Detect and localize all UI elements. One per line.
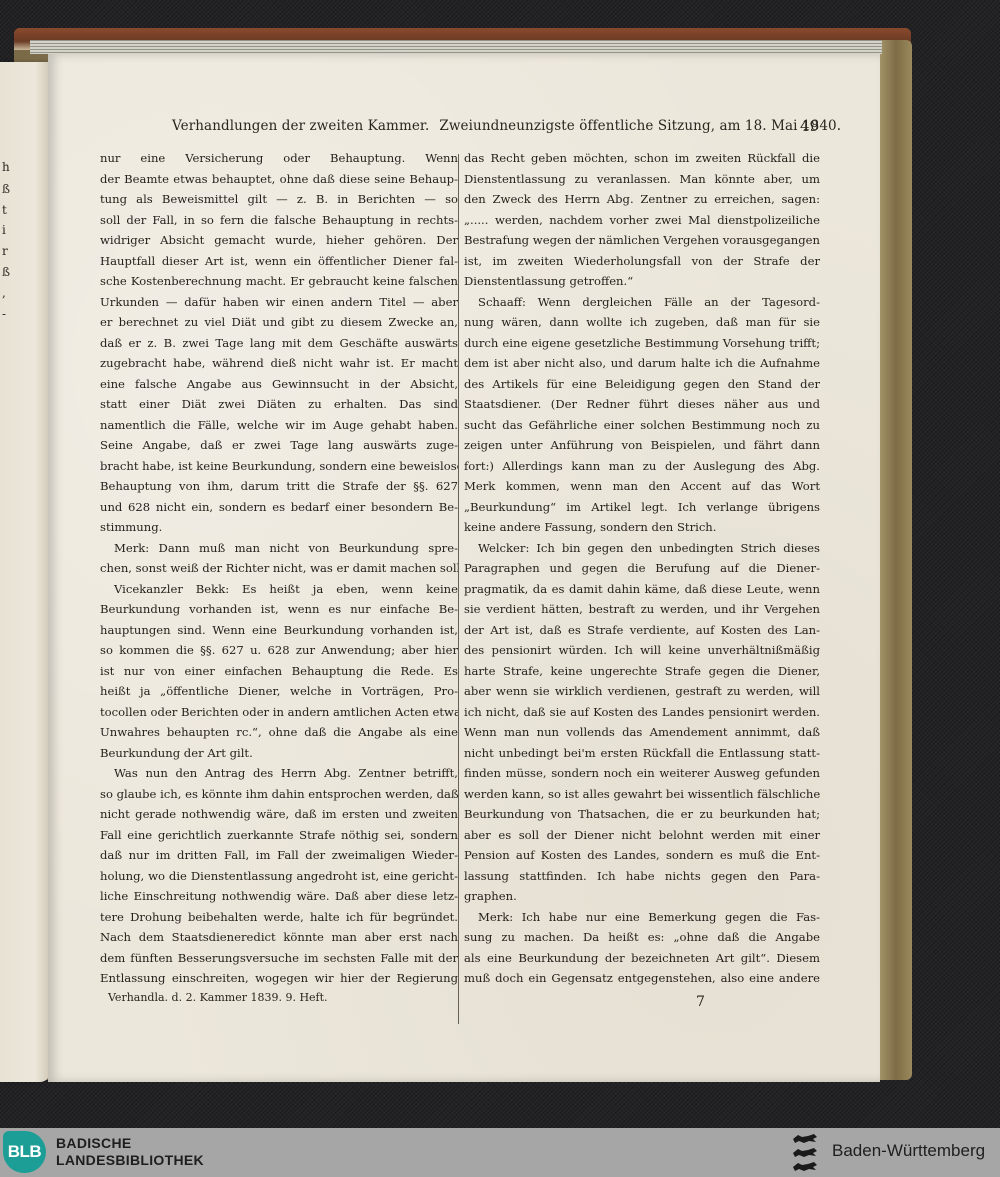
- text-line: daß nur im dritten Fall, im Fall der zwe…: [100, 845, 458, 866]
- text-line: so glaube ich, es könnte ihm dahin entsp…: [100, 784, 458, 805]
- text-line: heißt ja „öffentliche Diener, welche in …: [100, 681, 458, 702]
- text-line: liche Einschreitung nothwendig wäre. Daß…: [100, 886, 458, 907]
- text-line: des pensionirt würden. Ich will keine un…: [464, 640, 820, 661]
- text-line: durch eine eigene gesetzliche Bestimmung…: [464, 333, 820, 354]
- text-line: so kommen die §§. 627 u. 628 zur Anwendu…: [100, 640, 458, 661]
- text-line: und 628 nicht ein, sondern es bedarf ein…: [100, 497, 458, 518]
- text-line: „Beurkundung“ im Artikel legt. Ich verla…: [464, 497, 820, 518]
- text-line: namentlich die Fälle, welche wir im Auge…: [100, 415, 458, 436]
- text-line: Staatsdiener. (Der Redner führt dieses n…: [464, 394, 820, 415]
- running-head: Verhandlungen der zweiten Kammer.Zweiund…: [172, 118, 792, 134]
- text-line: Urkunden — dafür haben wir einen andern …: [100, 292, 458, 313]
- text-line: fort:) Allerdings kann man zu der Ausleg…: [464, 456, 820, 477]
- text-line: nicht gerade nothwendig wäre, daß im ers…: [100, 804, 458, 825]
- text-line: Bestrafung wegen der nämlichen Vergehen …: [464, 230, 820, 251]
- text-line: harte Strafe, keine ungerechte Strafe ge…: [464, 661, 820, 682]
- library-name-line2: LANDESBIBLIOTHEK: [56, 1152, 204, 1169]
- text-line: tocollen oder Berichten oder in andern a…: [100, 702, 458, 723]
- text-line: Beurkundung vorhanden ist, wenn es nur e…: [100, 599, 458, 620]
- text-line: ich nicht, daß sie auf Kosten des Landes…: [464, 702, 820, 723]
- text-line: des Artikels für eine Beleidigung gegen …: [464, 374, 820, 395]
- text-line: sung zu machen. Da heißt es: „ohne daß d…: [464, 927, 820, 948]
- library-name[interactable]: BADISCHE LANDESBIBLIOTHEK: [56, 1135, 204, 1169]
- text-line: nung wären, dann wollte ich zugeben, daß…: [464, 312, 820, 333]
- text-line: Beurkundung von Thatsachen, die er zu be…: [464, 804, 820, 825]
- text-line: dem fünften Besserungsversuche im sechst…: [100, 948, 458, 969]
- text-line: dem ist aber nicht also, und darum halte…: [464, 353, 820, 374]
- text-line: Entlassung einschreiten, wogegen wir hie…: [100, 968, 458, 989]
- baden-wuerttemberg-lions-icon: [790, 1131, 820, 1173]
- left-page-fragment: ,: [2, 286, 6, 300]
- page-number: 49: [800, 117, 819, 135]
- text-line: nicht unbedingt bei'm ersten Rückfall di…: [464, 743, 820, 764]
- text-line: chen, sonst weiß der Richter nicht, was …: [100, 558, 458, 579]
- text-line: pragmatik, da es damit dahin käme, daß d…: [464, 579, 820, 600]
- text-line: eine falsche Angabe aus Gewinnsucht in d…: [100, 374, 458, 395]
- right-column: das Recht geben möchten, schon im zweite…: [464, 148, 820, 989]
- text-line: stimmung.: [100, 517, 458, 538]
- text-line: sche Kostenberechnung macht. Er gebrauch…: [100, 271, 458, 292]
- text-line: „..... werden, nachdem vorher zwei Mal d…: [464, 210, 820, 231]
- state-name[interactable]: Baden-Württemberg: [832, 1141, 985, 1161]
- text-line: Unwahres behaupten rc.“, ohne daß die An…: [100, 722, 458, 743]
- text-line: holung, wo die Dienstentlassung angedroh…: [100, 866, 458, 887]
- text-line: werden kann, so ist alles gewahrt bei wi…: [464, 784, 820, 805]
- text-line: keine andere Fassung, sondern den Strich…: [464, 517, 820, 538]
- text-line: er berechnet zu viel Diät und gibt zu di…: [100, 312, 458, 333]
- text-line: widriger Absicht gemacht wurde, hieher g…: [100, 230, 458, 251]
- text-line: finden müsse, sondern noch ein weiterer …: [464, 763, 820, 784]
- text-line: zugebracht habe, während dieß nicht wahr…: [100, 353, 458, 374]
- running-head-title: Verhandlungen der zweiten Kammer.: [172, 118, 429, 134]
- left-page-fragment: i: [2, 223, 6, 237]
- text-line: sucht das Gefährliche einer solchen Best…: [464, 415, 820, 436]
- text-line: Dienstentlassung zu veranlassen. Man kön…: [464, 169, 820, 190]
- text-line: graphen.: [464, 886, 820, 907]
- left-column: nur eine Versicherung oder Behauptung. W…: [100, 148, 458, 989]
- text-line: sie verdient hätten, bestraft zu werden,…: [464, 599, 820, 620]
- text-line: Pension auf Kosten des Landes, sondern e…: [464, 845, 820, 866]
- text-line: ist nur von einer einfachen Behauptung d…: [100, 661, 458, 682]
- page-stack-edge: [30, 40, 882, 54]
- text-line: nur eine Versicherung oder Behauptung. W…: [100, 148, 458, 169]
- column-divider: [458, 154, 459, 1024]
- left-page-fragment: r: [2, 244, 8, 258]
- text-line: Merk kommen, wenn man den Accent auf das…: [464, 476, 820, 497]
- book-cover-right-edge: [880, 40, 912, 1080]
- text-line: Dienstentlassung getroffen.“: [464, 271, 820, 292]
- speaker-paragraph-start: Welcker: Ich bin gegen den unbedingten S…: [464, 538, 820, 559]
- text-line: zeigen unter Anführung von Beispielen, u…: [464, 435, 820, 456]
- scanned-page: Verhandlungen der zweiten Kammer.Zweiund…: [48, 54, 880, 1082]
- text-line: statt einer Diät zwei Diäten zu erhalten…: [100, 394, 458, 415]
- text-line: bracht habe, ist keine Beurkundung, sond…: [100, 456, 458, 477]
- text-line: ist, im zweiten Wiederholungsfall von de…: [464, 251, 820, 272]
- signature-number: 7: [696, 994, 705, 1010]
- speaker-paragraph-start: Schaaff: Wenn dergleichen Fälle an der T…: [464, 292, 820, 313]
- speaker-paragraph-start: Vicekanzler Bekk: Es heißt ja eben, wenn…: [100, 579, 458, 600]
- text-line: hauptungen sind. Wenn eine Beurkundung v…: [100, 620, 458, 641]
- session-title: Zweiundneunzigste öffentliche Sitzung, a…: [439, 118, 841, 134]
- text-line: Hauptfall dieser Art ist, wenn ein öffen…: [100, 251, 458, 272]
- text-line: lassung stattfinden. Ich habe nichts geg…: [464, 866, 820, 887]
- text-line: Behauptung von ihm, darum tritt die Stra…: [100, 476, 458, 497]
- library-name-line1: BADISCHE: [56, 1135, 204, 1152]
- left-page-fragment: h: [2, 160, 10, 174]
- text-line: das Recht geben möchten, schon im zweite…: [464, 148, 820, 169]
- text-line: Beurkundung der Art gilt.: [100, 743, 458, 764]
- left-page-fragment: ß: [2, 265, 10, 279]
- text-line: den Zweck des Herrn Abg. Zentner zu erre…: [464, 189, 820, 210]
- left-page-fragment: ß: [2, 182, 10, 196]
- text-line: der Art ist, daß es Strafe verdiente, au…: [464, 620, 820, 641]
- left-page-fragment: -: [2, 307, 6, 321]
- text-line: Seine Angabe, daß er zwei Tage lang ausw…: [100, 435, 458, 456]
- text-line: muß doch ein Gegensatz entgegenstehen, a…: [464, 968, 820, 989]
- text-line: aber wenn sie wirklich verdienen, gestra…: [464, 681, 820, 702]
- blb-logo[interactable]: BLB: [3, 1131, 46, 1173]
- text-line: Wenn man nun vollends das Amendement ann…: [464, 722, 820, 743]
- speaker-paragraph-start: Merk: Ich habe nur eine Bemerkung gegen …: [464, 907, 820, 928]
- text-line: der Beamte etwas behauptet, ohne daß die…: [100, 169, 458, 190]
- text-line: Fall eine gerichtlich zuerkannte Strafe …: [100, 825, 458, 846]
- text-line: soll der Fall, in so fern die falsche Be…: [100, 210, 458, 231]
- text-line: daß er z. B. zwei Tage lang mit dem Gesc…: [100, 333, 458, 354]
- speaker-paragraph-start: Merk: Dann muß man nicht von Beurkundung…: [100, 538, 458, 559]
- paragraph-start: Was nun den Antrag des Herrn Abg. Zentne…: [100, 763, 458, 784]
- text-line: Paragraphen und gegen die Berufung auf d…: [464, 558, 820, 579]
- text-line: Nach dem Staatsdieneredict könnte man ab…: [100, 927, 458, 948]
- left-page-fragment: t: [2, 203, 7, 217]
- text-line: tung als Beweismittel gilt — z. B. in Be…: [100, 189, 458, 210]
- printer-signature: Verhandla. d. 2. Kammer 1839. 9. Heft.: [108, 991, 328, 1004]
- text-line: aber es soll der Diener nicht belohnt we…: [464, 825, 820, 846]
- text-line: tere Drohung beibehalten werde, halte ic…: [100, 907, 458, 928]
- text-line: als eine Beurkundung der bezeichneten Ar…: [464, 948, 820, 969]
- document-viewer: h ß t i r ß , - Verhandlungen der zweite…: [0, 0, 1000, 1128]
- left-facing-page: h ß t i r ß , -: [0, 62, 50, 1082]
